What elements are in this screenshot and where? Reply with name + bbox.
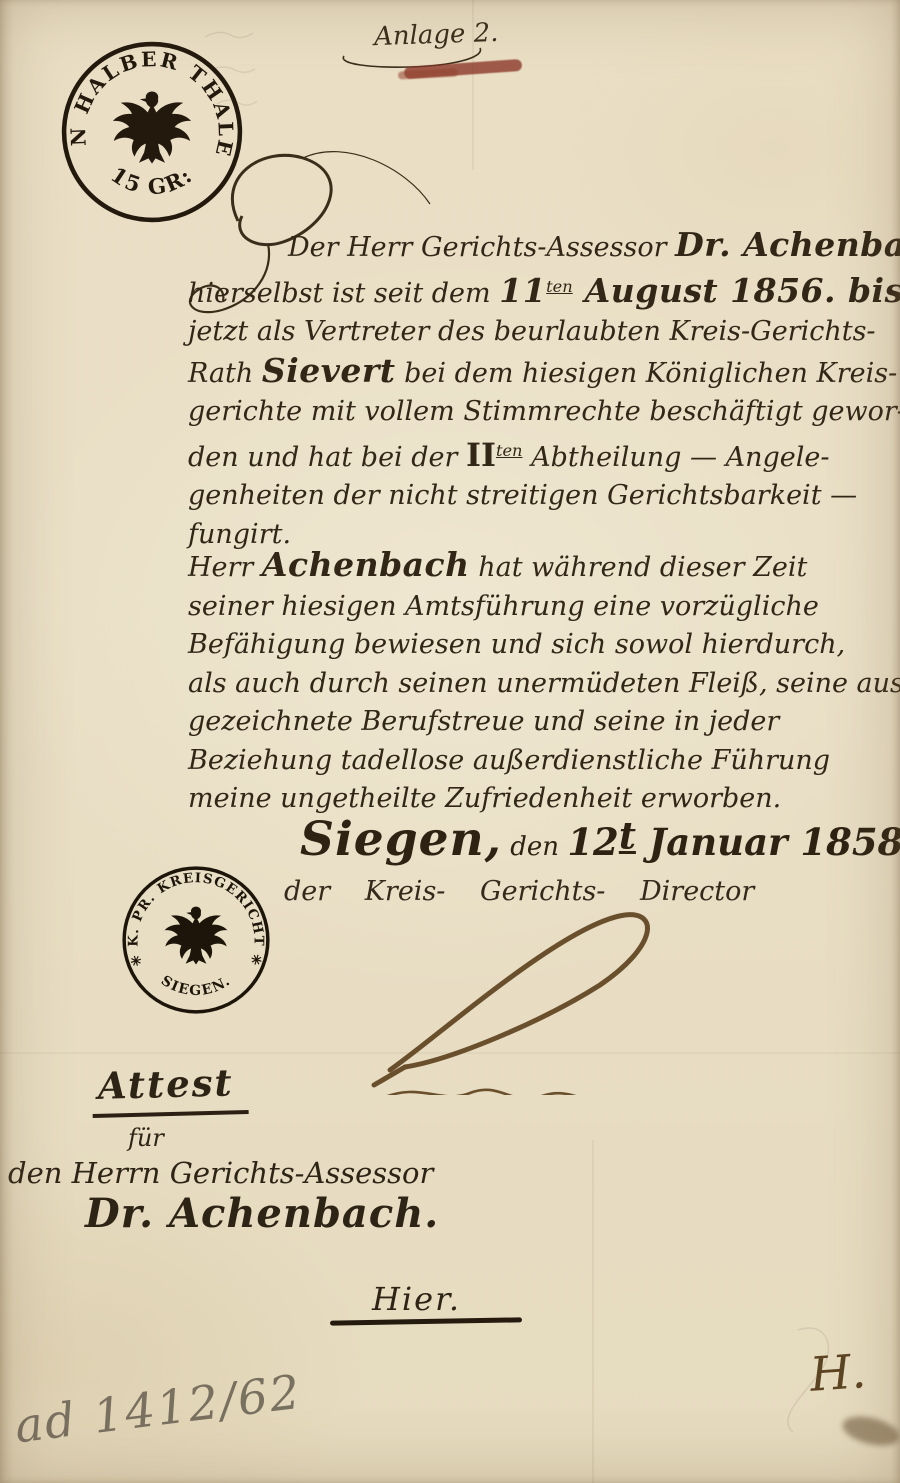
svg-text:SIEGEN.: SIEGEN. (158, 973, 234, 999)
ink-smudge (840, 1411, 900, 1450)
court-seal: ✳ K. PR. KREISGERICHT ✳ SIEGEN. (118, 862, 274, 1018)
manuscript-line: gezeichnete Berufstreue und seine in jed… (188, 703, 894, 742)
emphasis-achenbach: Achenbach (262, 545, 470, 584)
manuscript-line: genheiten der nicht streitigen Gerichtsb… (188, 477, 894, 516)
paper-crease (0, 1052, 900, 1054)
attest-recipient-name: Dr. Achenbach. (85, 1190, 439, 1237)
manuscript-line: den und hat bei der IIten Abtheilung — A… (188, 432, 894, 478)
manuscript-line: Rath Sievert bei dem hiesigen Königliche… (188, 352, 894, 394)
seal-bottom-text: SIEGEN. (158, 973, 234, 999)
paper-crease (472, 0, 474, 170)
paragraph-2: Herr Achenbach hat während dieser Zeit s… (188, 546, 894, 819)
attest-recipient-line: den Herrn Gerichts-Assessor (8, 1156, 433, 1190)
manuscript-line: gerichte mit vollem Stimmrechte beschäft… (188, 393, 894, 432)
registry-pencil-note: ad 1412/62 (12, 1365, 305, 1455)
prussian-eagle-icon (165, 907, 228, 965)
emphasis-achenbach: Dr. Achenbach (675, 225, 900, 264)
attest-title: Attest (91, 1060, 248, 1118)
attest-fuer: für (128, 1124, 164, 1152)
dateline: Siegen, den 12t Januar 1858. (300, 812, 900, 867)
manuscript-line: Herr Achenbach hat während dieser Zeit (188, 546, 894, 588)
place-name: Siegen, (300, 812, 502, 867)
roman-numeral: II (466, 436, 496, 474)
emphasis-sievert: Sievert (262, 351, 396, 390)
manuscript-line: Beziehung tadellose außerdienstliche Füh… (188, 742, 894, 781)
manuscript-line: jetzt als Vertreter des beurlaubten Krei… (188, 313, 894, 352)
paragraph-1: Der Herr Gerichts-Assessor Dr. Achenbach… (188, 226, 894, 554)
manuscript-line: als auch durch seinen unermüdeten Fleiß,… (188, 665, 894, 704)
director-signature (360, 895, 690, 1095)
paper-crease (592, 1140, 594, 1483)
manuscript-line: hierselbst ist seit dem 11ten August 185… (188, 268, 894, 314)
scanned-document-page: Anlage 2. EIN HALBER THALER 15 GR: Der H… (0, 0, 900, 1483)
manuscript-line: Befähigung bewiesen und sich sowol hierd… (188, 626, 894, 665)
place-hier: Hier. (372, 1280, 461, 1318)
manuscript-line: seiner hiesigen Amtsführung eine vorzügl… (188, 588, 894, 627)
hier-underline (330, 1317, 522, 1325)
clerk-initial: H. (808, 1344, 868, 1403)
manuscript-line: Der Herr Gerichts-Assessor Dr. Achenbach (188, 226, 894, 268)
